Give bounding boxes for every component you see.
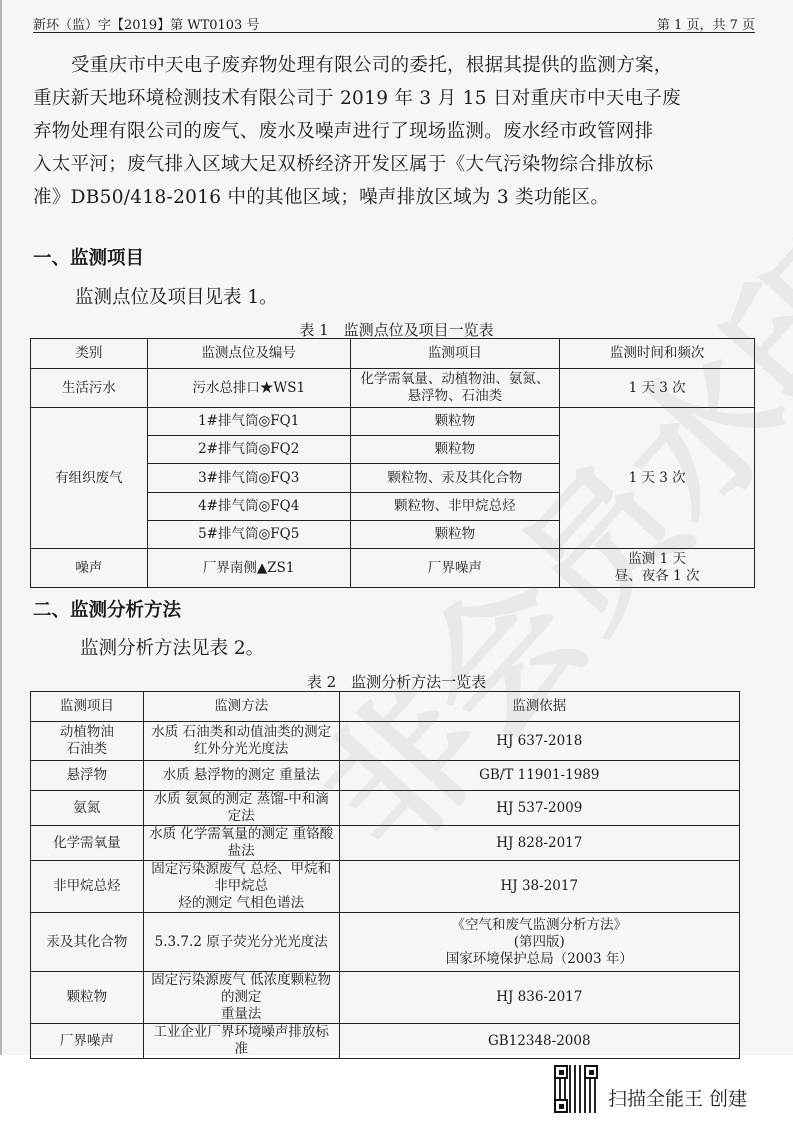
page-indicator: 第 1 页，共 7 页	[657, 14, 755, 33]
method-cell: 固定污染源废气 总烃、甲烷和非甲烷总烃的测定 气相色谱法	[143, 861, 339, 913]
frequency-cell: 1 天 3 次	[560, 408, 755, 549]
section-heading-analysis-methods: 二、监测分析方法	[33, 596, 181, 622]
page-header: 新环（监）字【2019】第 WT0103 号 第 1 页，共 7 页	[33, 12, 755, 33]
table1-caption: 表 1 监测点位及项目一览表	[0, 319, 793, 340]
method-cell: 水质 悬浮物的测定 重量法	[143, 761, 339, 791]
table-row: 噪声 厂界南侧▲ZS1 厂界噪声 监测 1 天 昼、夜各 1 次	[31, 549, 755, 588]
column-header: 监测项目	[31, 692, 144, 722]
item-cell: 动植物油石油类	[31, 722, 144, 761]
section2-text: 监测分析方法见表 2。	[80, 634, 264, 660]
intro-line: 入太平河；废气排入区域大足双桥经济开发区属于《大气污染物综合排放标	[33, 149, 758, 182]
items-cell: 颗粒物、汞及其化合物	[350, 464, 560, 493]
point-cell: 3#排气筒◎FQ3	[147, 464, 350, 493]
table-analysis-methods: 监测项目 监测方法 监测依据 动植物油石油类水质 石油类和动值油类的测定红外分光…	[30, 691, 740, 1059]
column-header: 监测依据	[339, 692, 739, 722]
method-cell: 水质 氨氮的测定 蒸馏-中和滴定法	[143, 791, 339, 826]
category-cell: 生活污水	[31, 369, 148, 408]
column-header: 监测时间和频次	[560, 339, 755, 369]
point-cell: 5#排气筒◎FQ5	[147, 521, 350, 549]
basis-cell: GB/T 11901-1989	[339, 761, 739, 791]
column-header: 监测项目	[350, 339, 560, 369]
table-row: 汞及其化合物5.3.7.2 原子荧光分光光度法《空气和废气监测分析方法》(第四版…	[31, 913, 740, 972]
intro-line: 重庆新天地环境检测技术有限公司于 2019 年 3 月 15 日对重庆市中天电子…	[33, 83, 758, 116]
method-cell: 5.3.7.2 原子荧光分光光度法	[143, 913, 339, 972]
table-row: 氨氮水质 氨氮的测定 蒸馏-中和滴定法HJ 537-2009	[31, 791, 740, 826]
method-cell: 工业企业厂界环境噪声排放标准	[143, 1024, 339, 1059]
point-cell: 污水总排口★WS1	[147, 369, 350, 408]
frequency-cell: 监测 1 天 昼、夜各 1 次	[560, 549, 755, 588]
table-row: 悬浮物水质 悬浮物的测定 重量法GB/T 11901-1989	[31, 761, 740, 791]
frequency-cell: 1 天 3 次	[560, 369, 755, 408]
basis-cell: HJ 836-2017	[339, 972, 739, 1024]
basis-cell: HJ 38-2017	[339, 861, 739, 913]
footer-text: 扫描全能王 创建	[608, 1084, 747, 1111]
table-row: 颗粒物固定污染源废气 低浓度颗粒物的测定重量法HJ 836-2017	[31, 972, 740, 1024]
item-cell: 悬浮物	[31, 761, 144, 791]
column-header: 类别	[31, 339, 148, 369]
method-cell: 水质 化学需氧量的测定 重铬酸盐法	[143, 826, 339, 861]
table-row: 生活污水 污水总排口★WS1 化学需氧量、动植物油、氨氮、 悬浮物、石油类 1 …	[31, 369, 755, 408]
basis-cell: HJ 537-2009	[339, 791, 739, 826]
items-cell: 颗粒物	[350, 408, 560, 436]
item-cell: 非甲烷总烃	[31, 861, 144, 913]
section1-text: 监测点位及项目见表 1。	[75, 283, 278, 309]
intro-line: 准》DB50/418-2016 中的其他区域；噪声排放区域为 3 类功能区。	[33, 182, 758, 215]
category-cell: 噪声	[31, 549, 148, 588]
items-cell: 颗粒物	[350, 521, 560, 549]
table-header-row: 监测项目 监测方法 监测依据	[31, 692, 740, 722]
item-cell: 汞及其化合物	[31, 913, 144, 972]
table-row: 厂界噪声工业企业厂界环境噪声排放标准GB12348-2008	[31, 1024, 740, 1059]
table-header-row: 类别 监测点位及编号 监测项目 监测时间和频次	[31, 339, 755, 369]
basis-cell: HJ 828-2017	[339, 826, 739, 861]
method-cell: 固定污染源废气 低浓度颗粒物的测定重量法	[143, 972, 339, 1024]
document-number: 新环（监）字【2019】第 WT0103 号	[33, 14, 259, 33]
basis-cell: 《空气和废气监测分析方法》(第四版)国家环境保护总局（2003 年）	[339, 913, 739, 972]
camscanner-footer: 扫描全能王 创建	[554, 1061, 747, 1113]
item-cell: 颗粒物	[31, 972, 144, 1024]
intro-line: 受重庆市中天电子废弃物处理有限公司的委托，根据其提供的监测方案，	[33, 50, 758, 83]
items-cell: 厂界噪声	[350, 549, 560, 588]
qr-code-icon	[554, 1065, 598, 1113]
items-cell: 颗粒物	[350, 436, 560, 464]
basis-cell: HJ 637-2018	[339, 722, 739, 761]
item-cell: 化学需氧量	[31, 826, 144, 861]
column-header: 监测点位及编号	[147, 339, 350, 369]
item-cell: 氨氮	[31, 791, 144, 826]
column-header: 监测方法	[143, 692, 339, 722]
table-row: 有组织废气 1#排气筒◎FQ1 颗粒物 1 天 3 次	[31, 408, 755, 436]
table-monitoring-points: 类别 监测点位及编号 监测项目 监测时间和频次 生活污水 污水总排口★WS1 化…	[30, 338, 755, 588]
intro-line: 弃物处理有限公司的废气、废水及噪声进行了现场监测。废水经市政管网排	[33, 116, 758, 149]
items-cell: 化学需氧量、动植物油、氨氮、 悬浮物、石油类	[350, 369, 560, 408]
item-cell: 厂界噪声	[31, 1024, 144, 1059]
point-cell: 4#排气筒◎FQ4	[147, 493, 350, 521]
items-cell: 颗粒物、非甲烷总烃	[350, 493, 560, 521]
table-row: 非甲烷总烃固定污染源废气 总烃、甲烷和非甲烷总烃的测定 气相色谱法HJ 38-2…	[31, 861, 740, 913]
point-cell: 1#排气筒◎FQ1	[147, 408, 350, 436]
point-cell: 2#排气筒◎FQ2	[147, 436, 350, 464]
basis-cell: GB12348-2008	[339, 1024, 739, 1059]
section-heading-monitoring-items: 一、监测项目	[33, 244, 144, 270]
table-row: 动植物油石油类水质 石油类和动值油类的测定红外分光光度法HJ 637-2018	[31, 722, 740, 761]
method-cell: 水质 石油类和动值油类的测定红外分光光度法	[143, 722, 339, 761]
table2-caption: 表 2 监测分析方法一览表	[0, 671, 793, 692]
point-cell: 厂界南侧▲ZS1	[147, 549, 350, 588]
category-cell: 有组织废气	[31, 408, 148, 549]
table-row: 化学需氧量水质 化学需氧量的测定 重铬酸盐法HJ 828-2017	[31, 826, 740, 861]
